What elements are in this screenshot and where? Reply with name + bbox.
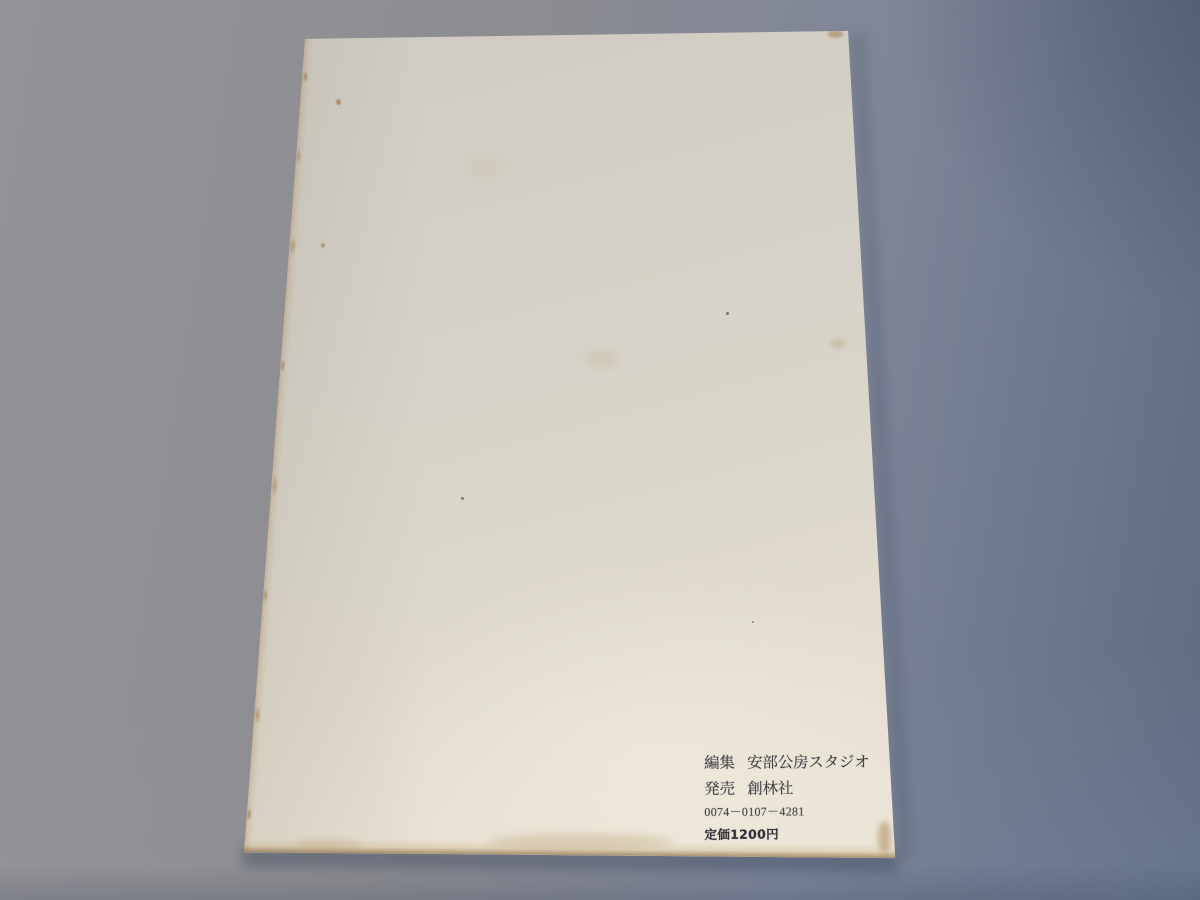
- editor-label: 編集: [704, 751, 735, 777]
- stain: [336, 99, 341, 105]
- stain: [295, 838, 360, 849]
- publisher-line: 発売 創林社: [704, 776, 870, 803]
- stain: [461, 497, 464, 500]
- stain: [585, 350, 619, 368]
- stain: [830, 338, 846, 349]
- book-top-edge: [300, 21, 850, 36]
- stain: [752, 621, 754, 623]
- code-number: 0074－0107－4281: [704, 803, 870, 821]
- stain: [726, 312, 729, 315]
- colophon-block: 編集 安部公房スタジオ 発売 創林社 0074－0107－4281 定価1200…: [704, 750, 870, 842]
- price-label: 定価1200円: [704, 826, 869, 842]
- publisher-value: 創林社: [747, 776, 793, 802]
- stain: [828, 30, 843, 38]
- editor-line: 編集 安部公房スタジオ: [704, 750, 870, 777]
- photo-background: 編集 安部公房スタジオ 発売 創林社 0074－0107－4281 定価1200…: [0, 0, 1200, 900]
- stain: [321, 243, 325, 248]
- stain: [465, 154, 507, 179]
- book-back-cover: 編集 安部公房スタジオ 発売 創林社 0074－0107－4281 定価1200…: [240, 28, 910, 864]
- editor-value: 安部公房スタジオ: [747, 750, 870, 777]
- publisher-label: 発売: [704, 777, 735, 803]
- stain: [878, 821, 891, 853]
- book-spine-edge: [241, 36, 314, 857]
- stain: [488, 834, 673, 849]
